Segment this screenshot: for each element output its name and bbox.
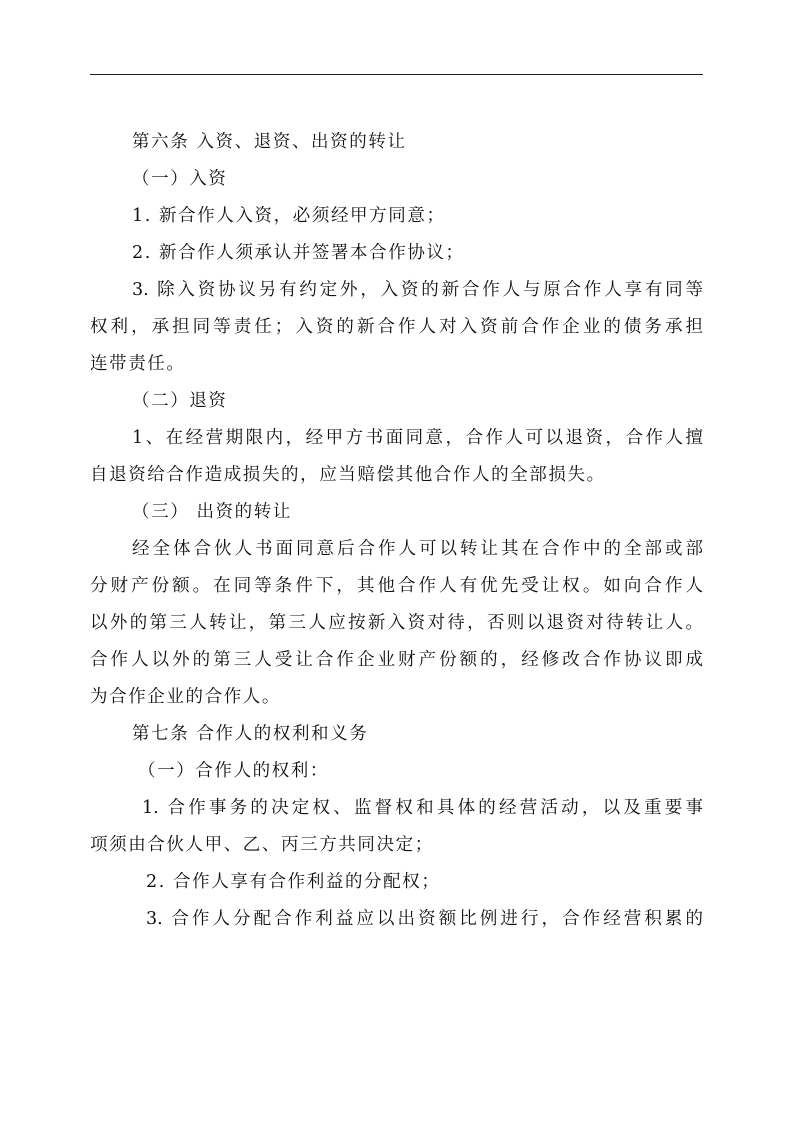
paragraph-line: 3. 合作人分配合作利益应以出资额比例进行，合作经营积累的	[90, 901, 703, 938]
rights-heading: （一）合作人的权利：	[90, 753, 703, 790]
paragraph-line: 1. 合作事务的决定权、监督权和具体的经营活动，以及重要事	[90, 790, 703, 827]
paragraph-line: 以外的第三人转让，第三人应按新入资对待，否则以退资对待转让人。	[90, 605, 703, 642]
article-6-heading: 第六条 入资、退资、出资的转让	[90, 124, 703, 161]
section-3-heading: （三） 出资的转让	[90, 494, 703, 531]
paragraph-line: 2. 新合作人须承认并签署本合作协议；	[90, 235, 703, 272]
paragraph-line: 1. 新合作人入资，必须经甲方同意；	[90, 198, 703, 235]
section-2-heading: （二）退资	[90, 383, 703, 420]
paragraph-line: 权利，承担同等责任；入资的新合作人对入资前合作企业的债务承担	[90, 309, 703, 346]
paragraph-line: 为合作企业的合作人。	[90, 679, 703, 716]
header-rule	[90, 74, 703, 75]
paragraph-line: 分财产份额。在同等条件下，其他合作人有优先受让权。如向合作人	[90, 568, 703, 605]
paragraph-line: 自退资给合作造成损失的，应当赔偿其他合作人的全部损失。	[90, 457, 703, 494]
paragraph-line: 项须由合伙人甲、乙、丙三方共同决定；	[90, 827, 703, 864]
paragraph-line: 2. 合作人享有合作利益的分配权；	[90, 864, 703, 901]
section-1-heading: （一）入资	[90, 161, 703, 198]
paragraph-line: 合作人以外的第三人受让合作企业财产份额的，经修改合作协议即成	[90, 642, 703, 679]
article-7-heading: 第七条 合作人的权利和义务	[90, 716, 703, 753]
document-body: 第六条 入资、退资、出资的转让 （一）入资 1. 新合作人入资，必须经甲方同意；…	[90, 124, 703, 938]
paragraph-line: 3. 除入资协议另有约定外，入资的新合作人与原合作人享有同等	[90, 272, 703, 309]
paragraph-line: 经全体合伙人书面同意后合作人可以转让其在合作中的全部或部	[90, 531, 703, 568]
paragraph-line: 1、在经营期限内，经甲方书面同意，合作人可以退资，合作人擅	[90, 420, 703, 457]
paragraph-line: 连带责任。	[90, 346, 703, 383]
